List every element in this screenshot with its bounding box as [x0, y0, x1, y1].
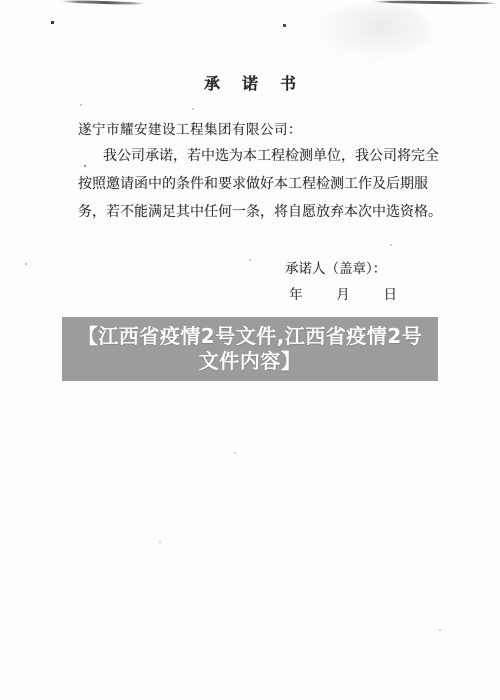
ink-speck	[234, 452, 236, 454]
body-paragraph-line: 按照邀请函中的条件和要求做好本工程检测工作及后期服	[78, 173, 440, 193]
ink-speck	[84, 165, 86, 167]
scan-streak-artifact	[372, 0, 498, 5]
ink-speck	[390, 244, 392, 246]
ink-speck	[80, 104, 82, 106]
ink-speck	[249, 259, 251, 261]
document-title: 承 诺 书	[0, 71, 500, 94]
body-paragraph-line: 我公司承诺，若中选为本工程检测单位，我公司将完全	[103, 145, 440, 165]
ink-speck	[25, 263, 27, 265]
caption-line-2: 文件内容】	[199, 349, 302, 375]
date-line: 年 月 日	[289, 283, 397, 303]
ink-speck	[159, 541, 161, 543]
scan-streak-artifact	[60, 0, 146, 5]
ink-speck	[283, 24, 286, 27]
scan-smudge-artifact	[318, 4, 433, 60]
date-month-label: 月	[336, 283, 350, 303]
salutation-line: 遂宁市耀安建设工程集团有限公司：	[78, 118, 302, 138]
ink-speck	[192, 108, 194, 110]
ink-speck	[51, 21, 54, 24]
body-paragraph-line: 务，若不能满足其中任何一条，将自愿放弃本次中选资格。	[78, 201, 440, 221]
caption-overlay: 【江西省疫情2号文件,江西省疫情2号 文件内容】	[62, 317, 438, 381]
date-day-label: 日	[384, 283, 398, 303]
signature-seal-label: 承诺人（盖章）：	[285, 257, 386, 277]
scanned-document-page: 承 诺 书 遂宁市耀安建设工程集团有限公司： 我公司承诺，若中选为本工程检测单位…	[0, 0, 500, 700]
date-year-label: 年	[289, 283, 303, 303]
caption-line-1: 【江西省疫情2号文件,江西省疫情2号	[78, 324, 422, 350]
ink-speck	[439, 629, 441, 631]
